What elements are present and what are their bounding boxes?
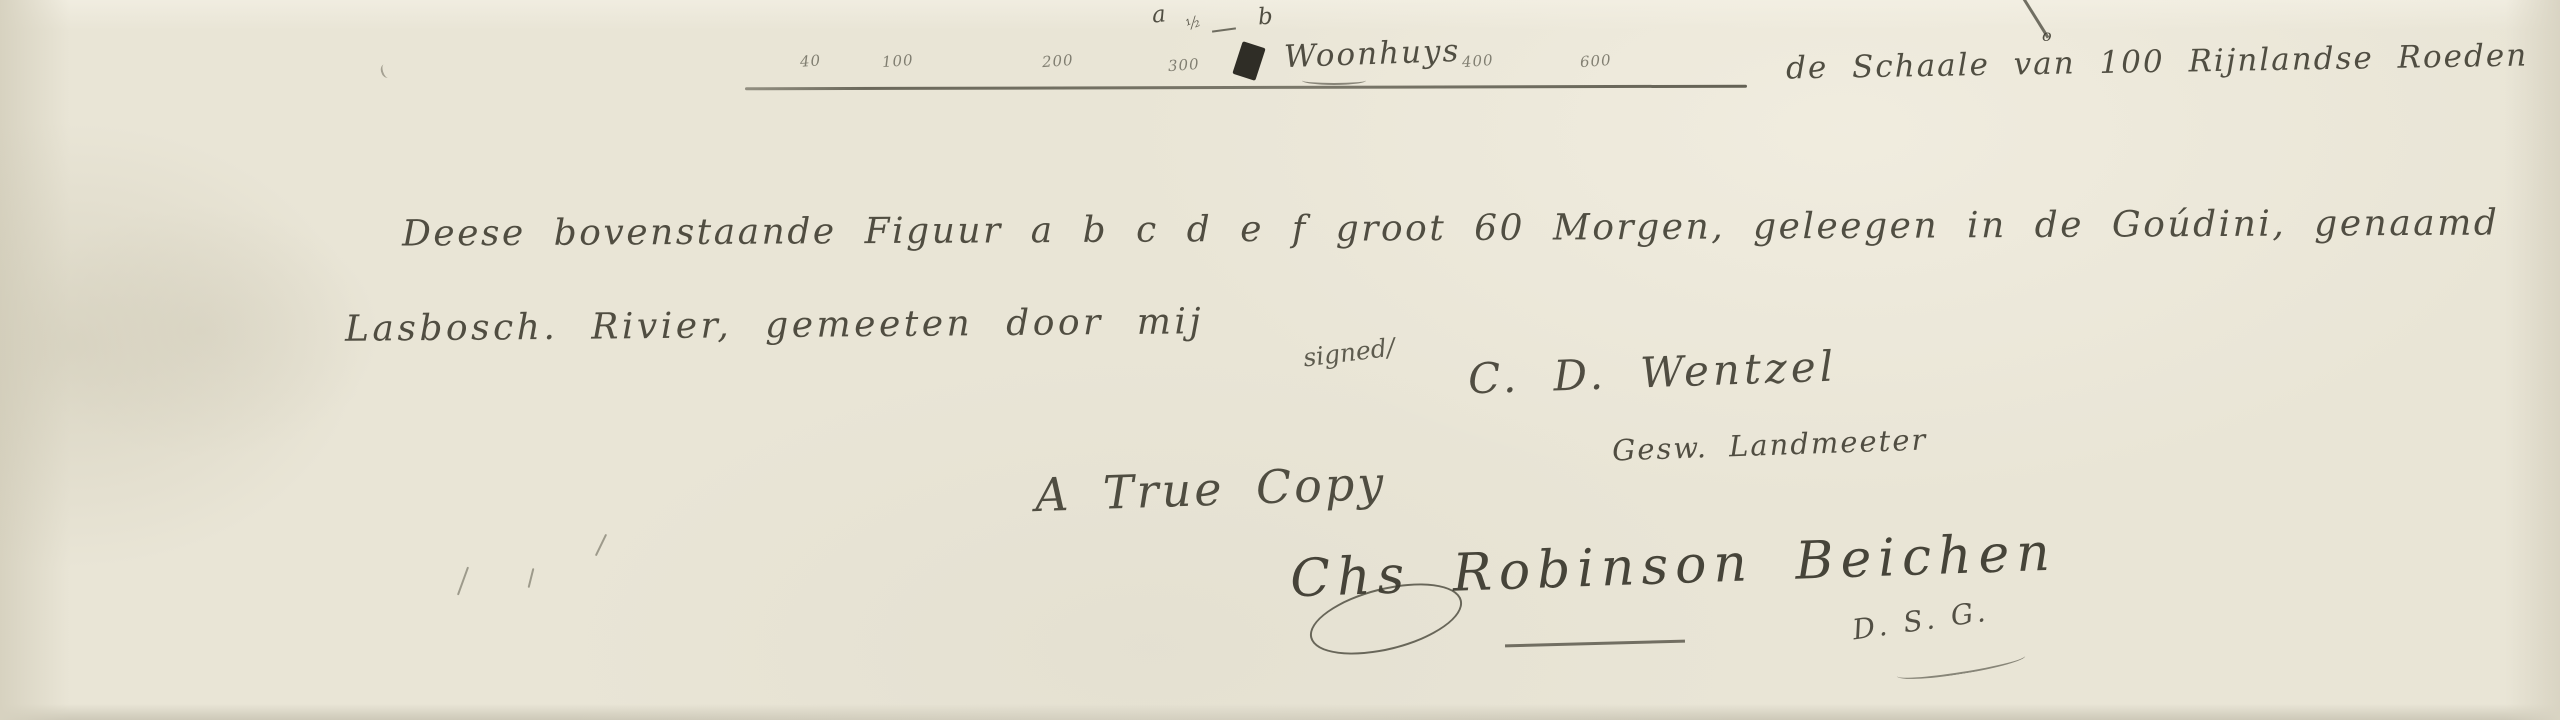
fraction-note: ½	[1183, 12, 1203, 34]
tie-dash	[1212, 27, 1236, 32]
signed-label: signed/	[1302, 332, 1397, 372]
point-b-label: b	[1257, 4, 1274, 31]
stray-mark	[457, 567, 469, 596]
body-line-2: Lasbosch. Rivier, gemeeten door mij	[345, 301, 1204, 349]
scale-tick-label: 600	[1579, 51, 1612, 71]
document-page: 40 100 200 300 400 600 a ½ b Woonhuys o …	[0, 0, 2560, 720]
scale-tick-label: 40	[799, 51, 821, 70]
scale-caption: de Schaale van 100 Rijnlandse Roeden	[1786, 38, 2529, 87]
house-label: Woonhuys	[1283, 33, 1461, 75]
scale-tick-label: 200	[1041, 51, 1074, 71]
true-copy-certification: A True Copy	[1034, 456, 1387, 522]
initials-swash-flourish	[1896, 648, 2027, 684]
scale-tick-label: 100	[881, 51, 914, 71]
stray-mark	[595, 534, 607, 556]
scale-tick-label: 400	[1461, 51, 1494, 71]
point-a-label: a	[1151, 1, 1167, 28]
signature-underline-flourish	[1505, 640, 1685, 648]
certifier-initials: D. S. G.	[1850, 595, 1991, 647]
surveyor-signature: C. D. Wentzel	[1467, 342, 1838, 404]
scale-bar-line	[745, 85, 1747, 91]
body-line-1: Deese bovenstaande Figuur a b c d e f gr…	[402, 203, 2500, 255]
house-symbol-icon	[1232, 41, 1265, 81]
house-label-underline	[1302, 76, 1366, 85]
point-o-label: o	[2042, 26, 2052, 45]
stray-mark	[528, 568, 535, 588]
stray-mark	[379, 63, 393, 79]
scale-tick-label: 300	[1167, 55, 1200, 75]
surveyor-title: Gesw. Landmeeter	[1612, 423, 1928, 468]
